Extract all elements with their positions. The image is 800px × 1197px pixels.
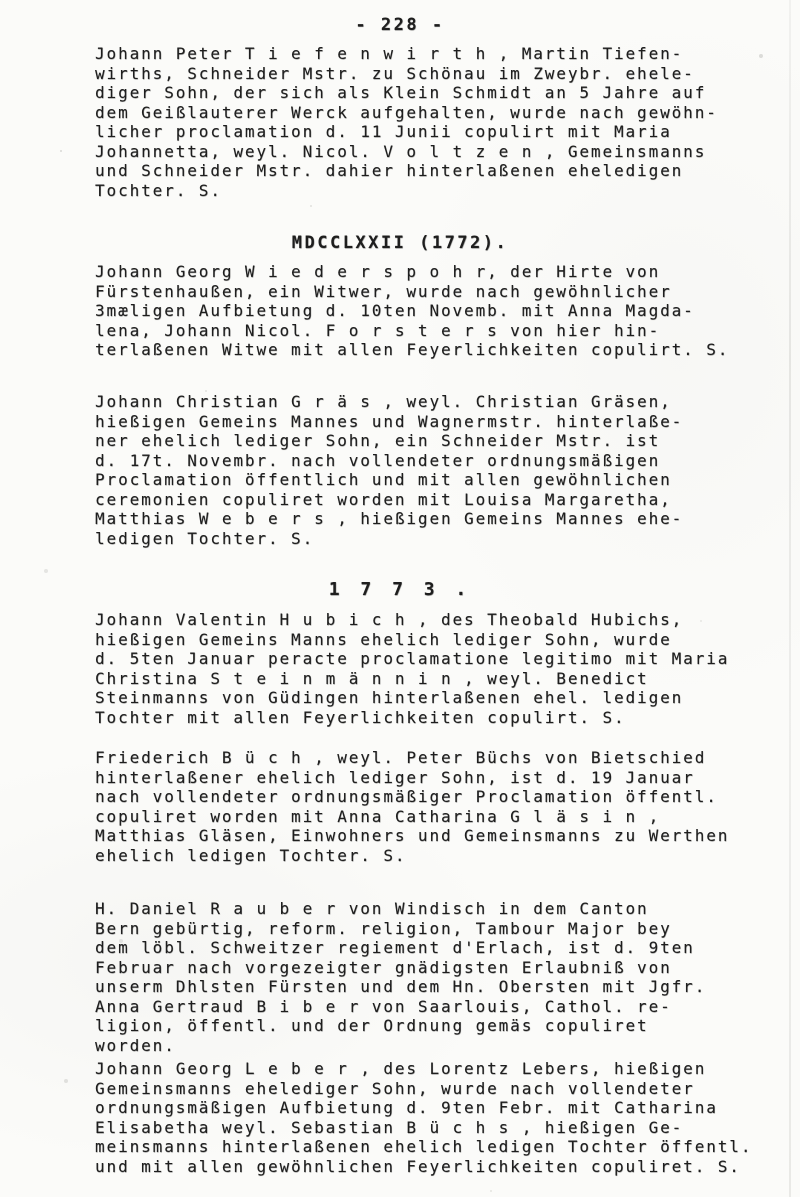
record-buech: Friederich B ü c h , weyl. Peter Büchs v… [95, 748, 767, 865]
year-heading-1772: MDCCLXXII (1772). [0, 233, 800, 253]
record-tiefenwirth: Johann Peter T i e f e n w i r t h , Mar… [95, 44, 767, 200]
record-rauber: H. Daniel R a u b e r von Windisch in de… [95, 899, 767, 1055]
record-wiederspohr: Johann Georg W i e d e r s p o h r, der … [95, 262, 767, 360]
record-leber: Johann Georg L e b e r , des Lorentz Leb… [95, 1059, 767, 1176]
year-heading-1773: 1 7 7 3 . [0, 579, 800, 600]
scanned-page: - 228 - Johann Peter T i e f e n w i r t… [0, 0, 800, 1197]
record-graes: Johann Christian G r ä s , weyl. Christi… [95, 392, 767, 548]
page-number: - 228 - [0, 15, 800, 35]
record-hubich: Johann Valentin H u b i c h , des Theoba… [95, 610, 767, 727]
